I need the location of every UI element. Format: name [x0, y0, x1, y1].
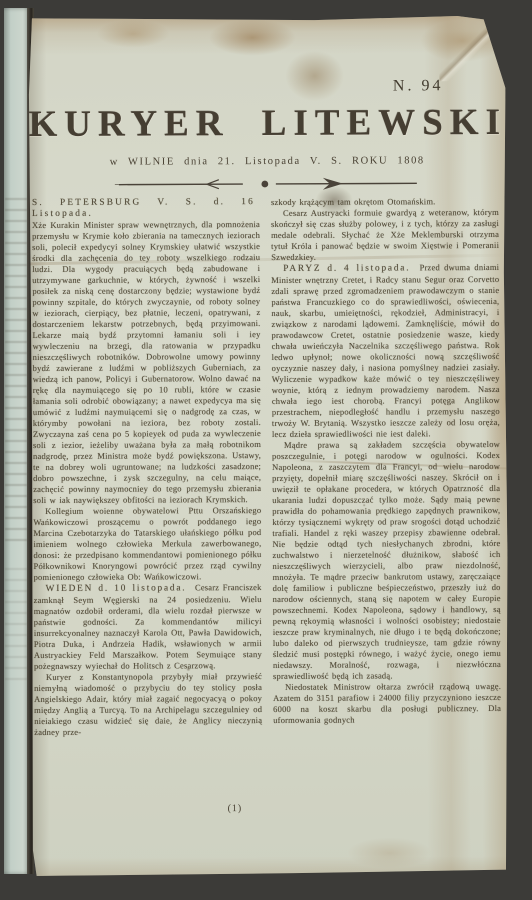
article-paragraph: WIEDEN d. 10 listopada. Cesarz Francisze…	[34, 582, 262, 672]
paragraph-text: Kuryer z Konstantynopola przybyły miał p…	[34, 671, 262, 737]
paragraph-text: Cesarz Austryacki formuie gwardyą z wete…	[271, 207, 499, 262]
section-dateline: PARYZ d. 4 listopada.	[283, 263, 410, 274]
paragraph-text: Mądre prawa są zakładem szczęścia obywat…	[272, 439, 501, 681]
newspaper-page: N. 94 KURYER LITEWSKI w WILNIE dnia 21. …	[28, 15, 509, 876]
right-column: szkody krążącym tam okrętom Otomańskim. …	[271, 196, 501, 737]
masthead-title: KURYER LITEWSKI	[29, 101, 506, 146]
article-paragraph: Kollegium woienne obywatelowi Pttu Orsza…	[33, 505, 261, 583]
article-paragraph: PARYZ d. 4 listopada. Przed dwuma dniami…	[271, 262, 500, 440]
page-number: (1)	[228, 803, 243, 814]
paragraph-text: Przed dwuma dniami Minister wnętrzny Cre…	[271, 262, 500, 439]
arrow-ornament-icon	[112, 175, 422, 192]
corner-fold-crease	[439, 15, 505, 81]
adjacent-page-text-bleed	[5, 198, 27, 543]
paragraph-text: Xże Kurakin Minister spraw wewnętrznych,…	[32, 219, 261, 505]
section-dateline: S. PETERSBURG V. S. d. 16 Listopada.	[32, 197, 255, 220]
article-paragraph: Cesarz Austryacki formuie gwardyą z wete…	[271, 207, 499, 263]
issue-number: N. 94	[393, 77, 444, 95]
paragraph-text: Kollegium woienne obywatelowi Pttu Orsza…	[33, 505, 261, 582]
arrow-divider-ornament	[29, 175, 506, 198]
section-dateline: WIEDEN d. 10 listopada.	[46, 583, 187, 594]
masthead-dateline: w WILNIE dnia 21. Listopada V. S. ROKU 1…	[29, 155, 506, 168]
article-paragraph: Mądre prawa są zakładem szczęścia obywat…	[272, 439, 501, 682]
article-paragraph: Niedostatek Ministrow ołtarza zwrócił rz…	[273, 681, 501, 726]
paragraph-text: Niedostatek Ministrow ołtarza zwrócił rz…	[273, 681, 501, 725]
left-column: S. PETERSBURG V. S. d. 16 Listopada. Xże…	[32, 197, 262, 738]
article-paragraph: Kuryer z Konstantynopola przybyły miał p…	[34, 671, 262, 738]
article-paragraph: S. PETERSBURG V. S. d. 16 Listopada. Xże…	[32, 197, 261, 506]
adjacent-page-text-bleed	[5, 568, 27, 688]
article-columns: S. PETERSBURG V. S. d. 16 Listopada. Xże…	[32, 196, 501, 738]
paragraph-text: Cesarz Franciszek zamknął Seym Węgierski…	[34, 582, 262, 671]
book-scan-scene: N. 94 KURYER LITEWSKI w WILNIE dnia 21. …	[0, 0, 532, 900]
paragraph-text: szkody krążącym tam okrętom Otomańskim.	[271, 196, 436, 207]
